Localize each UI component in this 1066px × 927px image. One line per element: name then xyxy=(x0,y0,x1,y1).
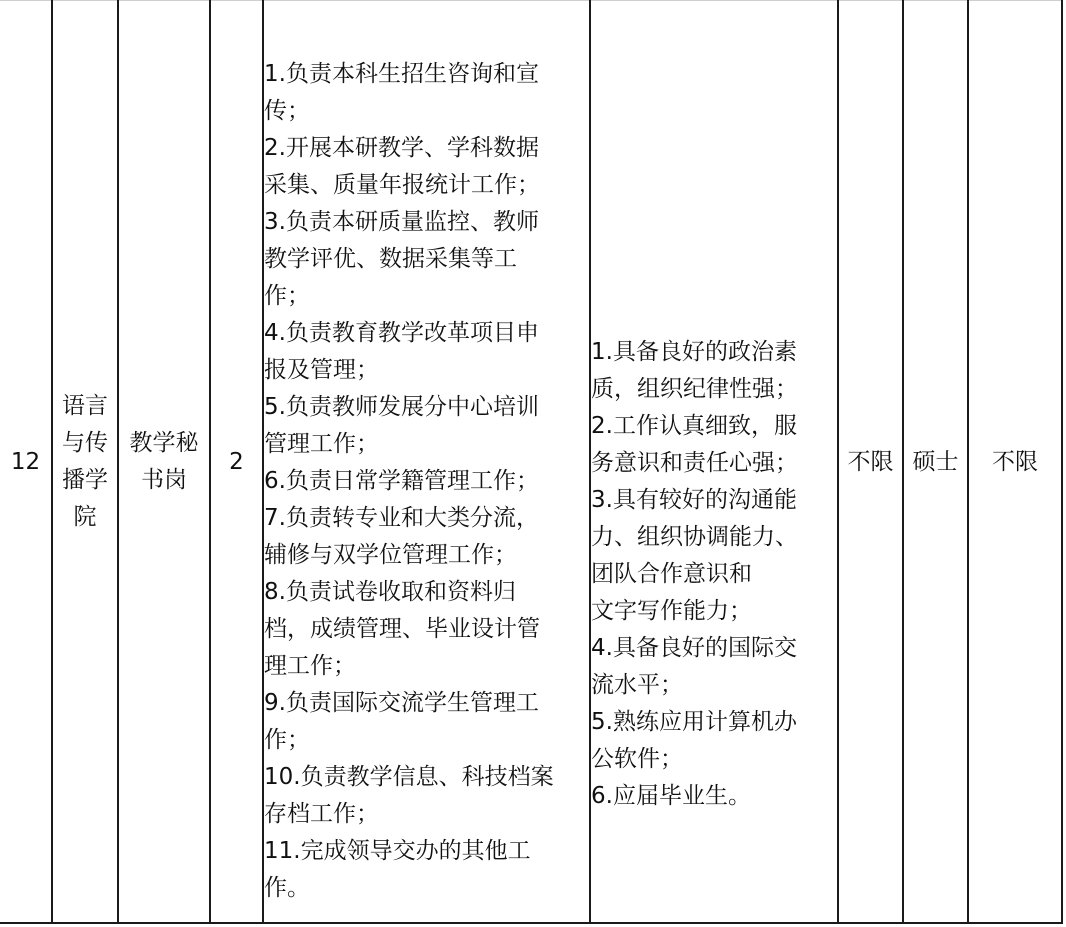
row-number-cell: 12 xyxy=(0,1,52,924)
duty-line: 2.开展本研教学、学科数据 xyxy=(264,130,589,167)
requirement-line: 力、组织协调能力、 xyxy=(591,519,837,556)
requirement-line: 1.具备良好的政治素 xyxy=(591,334,837,371)
requirement-line: 3.具有较好的沟通能 xyxy=(591,482,837,519)
duty-line: 1.负责本科生招生咨询和宣 xyxy=(264,56,589,93)
requirement-line: 4.具备良好的国际交 xyxy=(591,630,837,667)
duties-list: 1.负责本科生招生咨询和宣 传； 2.开展本研教学、学科数据 采集、质量年报统计… xyxy=(264,16,589,907)
other-requirement: 不限 xyxy=(992,449,1038,475)
table-row: 12 语言 与传 播学 院 教学秘 书岗 2 1.负责本科生招生咨询和宣 传； … xyxy=(0,1,1062,924)
degree-cell: 硕士 xyxy=(903,1,968,924)
major-cell: 不限 xyxy=(838,1,903,924)
row-number: 12 xyxy=(11,449,40,475)
duty-line: 报及管理； xyxy=(264,352,589,389)
college-line: 语言 xyxy=(53,388,117,425)
duty-line: 理工作； xyxy=(264,648,589,685)
headcount: 2 xyxy=(229,449,244,475)
duty-line: 10.负责教学信息、科技档案 xyxy=(264,759,589,796)
degree-requirement: 硕士 xyxy=(913,449,959,475)
duty-line: 传； xyxy=(264,93,589,130)
requirement-line: 务意识和责任心强； xyxy=(591,445,837,482)
duty-line: 作。 xyxy=(264,870,589,907)
requirement-line: 5.熟练应用计算机办 xyxy=(591,704,837,741)
post-name-line: 教学秘 xyxy=(119,425,209,462)
duty-line: 8.负责试卷收取和资料归 xyxy=(264,574,589,611)
requirement-line: 文字写作能力； xyxy=(591,593,837,630)
college-line: 院 xyxy=(53,499,117,536)
duty-line: 作； xyxy=(264,722,589,759)
duty-line: 档，成绩管理、毕业设计管 xyxy=(264,611,589,648)
duties-cell: 1.负责本科生招生咨询和宣 传； 2.开展本研教学、学科数据 采集、质量年报统计… xyxy=(263,1,590,924)
college-line: 与传 xyxy=(53,425,117,462)
job-posting-table-container: 12 语言 与传 播学 院 教学秘 书岗 2 1.负责本科生招生咨询和宣 传； … xyxy=(0,0,1062,924)
duty-line: 4.负责教育教学改革项目申 xyxy=(264,315,589,352)
duty-line: 11.完成领导交办的其他工 xyxy=(264,833,589,870)
duty-line: 存档工作； xyxy=(264,796,589,833)
requirement-line: 6.应届毕业生。 xyxy=(591,778,837,815)
requirement-line: 团队合作意识和 xyxy=(591,556,837,593)
duty-line: 7.负责转专业和大类分流， xyxy=(264,500,589,537)
duty-line: 3.负责本研质量监控、教师 xyxy=(264,204,589,241)
headcount-cell: 2 xyxy=(210,1,263,924)
requirements-list: 1.具备良好的政治素 质，组织纪律性强； 2.工作认真细致，服 务意识和责任心强… xyxy=(591,108,837,815)
requirement-line: 流水平； xyxy=(591,667,837,704)
duty-line: 教学评优、数据采集等工 xyxy=(264,241,589,278)
major-requirement: 不限 xyxy=(848,449,894,475)
requirement-line: 质，组织纪律性强； xyxy=(591,371,837,408)
duty-line: 采集、质量年报统计工作； xyxy=(264,167,589,204)
duty-line: 作； xyxy=(264,278,589,315)
duty-line: 9.负责国际交流学生管理工 xyxy=(264,685,589,722)
college-line: 播学 xyxy=(53,462,117,499)
duty-line: 6.负责日常学籍管理工作； xyxy=(264,463,589,500)
college-cell: 语言 与传 播学 院 xyxy=(52,1,118,924)
post-name-cell: 教学秘 书岗 xyxy=(118,1,210,924)
other-cell: 不限 xyxy=(968,1,1062,924)
requirement-line: 公软件； xyxy=(591,741,837,778)
post-name-line: 书岗 xyxy=(119,462,209,499)
duty-line: 辅修与双学位管理工作； xyxy=(264,537,589,574)
duty-line: 管理工作； xyxy=(264,426,589,463)
requirements-cell: 1.具备良好的政治素 质，组织纪律性强； 2.工作认真细致，服 务意识和责任心强… xyxy=(590,1,838,924)
requirement-line: 2.工作认真细致，服 xyxy=(591,408,837,445)
job-posting-table: 12 语言 与传 播学 院 教学秘 书岗 2 1.负责本科生招生咨询和宣 传； … xyxy=(0,0,1063,924)
duty-line: 5.负责教师发展分中心培训 xyxy=(264,389,589,426)
